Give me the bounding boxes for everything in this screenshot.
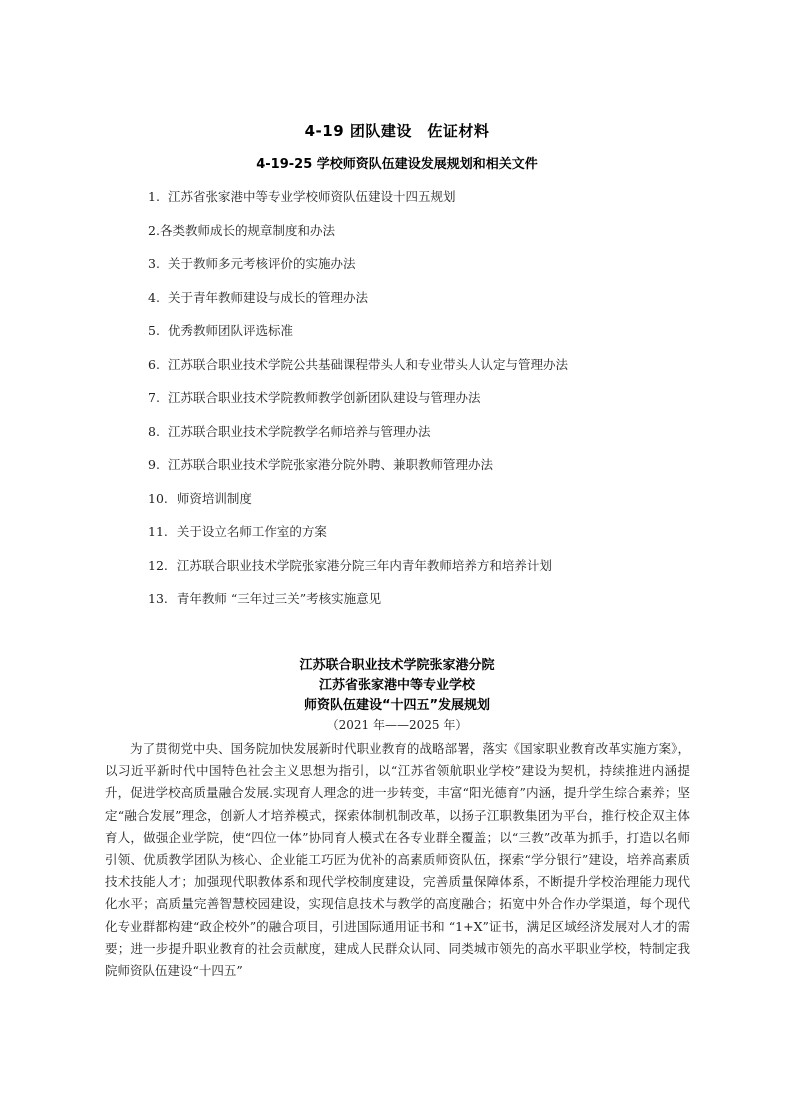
list-number: 1. (148, 186, 160, 208)
list-item: 2.各类教师成长的规章制度和办法 (148, 220, 568, 254)
list-number: 5. (148, 320, 160, 342)
list-item-title: 关于设立名师工作室的方案 (177, 524, 327, 539)
list-item-title: 优秀教师团队评选标准 (168, 323, 293, 338)
list-item-title: 江苏联合职业技术学院张家港分院三年内青年教师培养方和培养计划 (177, 558, 552, 573)
list-item: 8.江苏联合职业技术学院教学名师培养与管理办法 (148, 421, 568, 455)
plan-heading: 江苏联合职业技术学院张家港分院 江苏省张家港中等专业学校 师资队伍建设“十四五”… (0, 656, 794, 734)
list-number: 13. (148, 588, 168, 610)
list-item: 7.江苏联合职业技术学院教师教学创新团队建设与管理办法 (148, 387, 568, 421)
list-item-title: 青年教师 “三年过三关”考核实施意见 (177, 591, 381, 606)
list-item-title: 江苏联合职业技术学院公共基础课程带头人和专业带头人认定与管理办法 (168, 357, 568, 372)
plan-heading-institution: 江苏联合职业技术学院张家港分院 (0, 656, 794, 676)
list-item: 11.关于设立名师工作室的方案 (148, 521, 568, 555)
list-item-title: 江苏省张家港中等专业学校师资队伍建设十四五规划 (168, 189, 456, 204)
plan-period: （2021 年——2025 年） (0, 716, 794, 734)
list-number: 3. (148, 253, 160, 275)
list-item: 9.江苏联合职业技术学院张家港分院外聘、兼职教师管理办法 (148, 454, 568, 488)
document-list: 1.江苏省张家港中等专业学校师资队伍建设十四五规划 2.各类教师成长的规章制度和… (148, 186, 568, 622)
plan-heading-school: 江苏省张家港中等专业学校 (0, 676, 794, 696)
list-item-title: 关于教师多元考核评价的实施办法 (168, 256, 356, 271)
list-number: 8. (148, 421, 160, 443)
list-item: 3.关于教师多元考核评价的实施办法 (148, 253, 568, 287)
list-item: 13.青年教师 “三年过三关”考核实施意见 (148, 588, 568, 622)
list-number: 10. (148, 488, 168, 510)
list-number: 9. (148, 454, 160, 476)
list-item: 1.江苏省张家港中等专业学校师资队伍建设十四五规划 (148, 186, 568, 220)
list-item-title: 江苏联合职业技术学院教学名师培养与管理办法 (168, 424, 431, 439)
list-number: 12. (148, 555, 168, 577)
list-number: 6. (148, 354, 160, 376)
list-number: 7. (148, 387, 160, 409)
list-item: 5.优秀教师团队评选标准 (148, 320, 568, 354)
plan-heading-title: 师资队伍建设“十四五”发展规划 (0, 696, 794, 716)
list-number: 11. (148, 521, 168, 543)
list-item-title: 各类教师成长的规章制度和办法 (160, 223, 335, 238)
list-number: 2. (148, 220, 160, 242)
document-page: 4-19 团队建设 佐证材料 4-19-25 学校师资队伍建设发展规划和相关文件… (0, 0, 794, 1108)
plan-body-paragraph: 为了贯彻党中央、国务院加快发展新时代职业教育的战略部署，落实《国家职业教育改革实… (105, 738, 690, 982)
section-subtitle: 4-19-25 学校师资队伍建设发展规划和相关文件 (0, 153, 794, 172)
list-item-title: 江苏联合职业技术学院教师教学创新团队建设与管理办法 (168, 390, 481, 405)
list-item: 4.关于青年教师建设与成长的管理办法 (148, 287, 568, 321)
list-item: 6.江苏联合职业技术学院公共基础课程带头人和专业带头人认定与管理办法 (148, 354, 568, 388)
list-item: 12.江苏联合职业技术学院张家港分院三年内青年教师培养方和培养计划 (148, 555, 568, 589)
list-item: 10.师资培训制度 (148, 488, 568, 522)
page-title: 4-19 团队建设 佐证材料 (0, 120, 794, 141)
list-item-title: 江苏联合职业技术学院张家港分院外聘、兼职教师管理办法 (168, 457, 493, 472)
list-item-title: 师资培训制度 (177, 491, 252, 506)
list-number: 4. (148, 287, 160, 309)
list-item-title: 关于青年教师建设与成长的管理办法 (168, 290, 368, 305)
